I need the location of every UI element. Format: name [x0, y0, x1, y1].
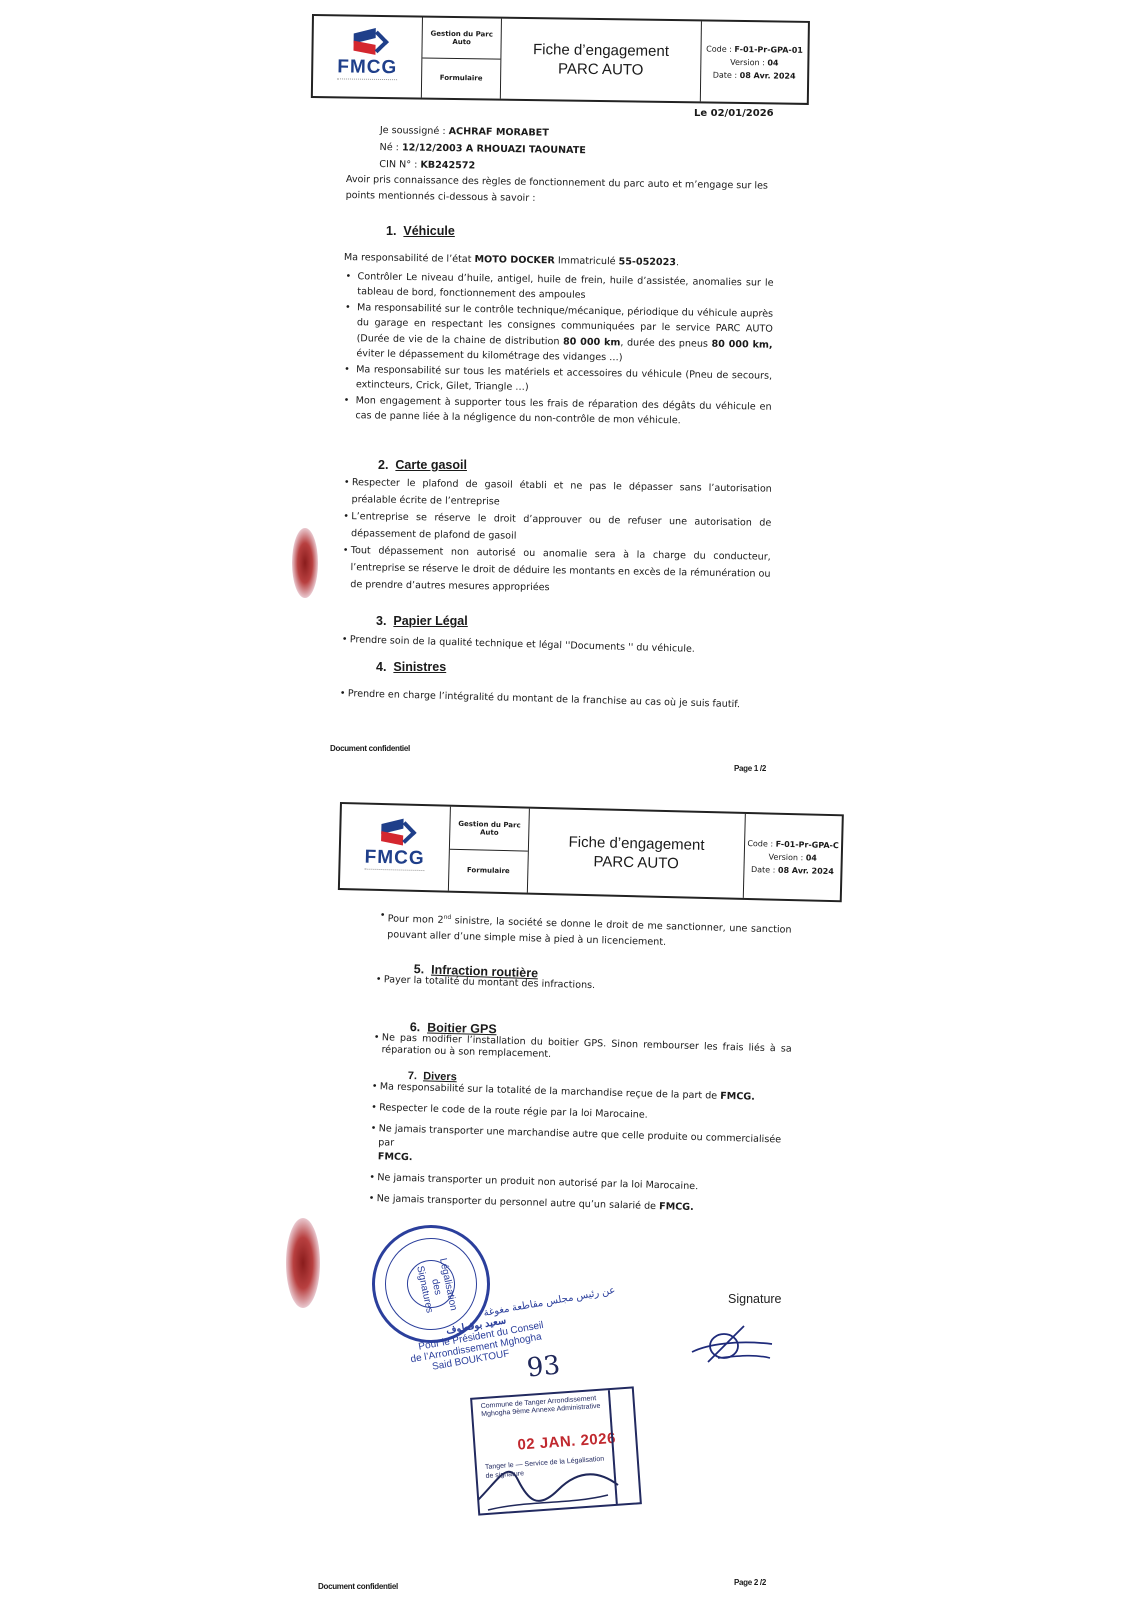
vehicle-plate: 55-052023 [619, 256, 677, 268]
section-3-heading: 3. Papier Légal [376, 614, 468, 628]
section-4-heading: 4. Sinistres [376, 660, 446, 674]
section-1-body: Ma responsabilité de l’état MOTO DOCKER … [341, 250, 774, 430]
cin-number: KB242572 [420, 160, 475, 172]
list-item: Tout dépassement non autorisé ou anomali… [342, 542, 771, 600]
list-item: Ma responsabilité sur le contrôle techni… [342, 299, 773, 368]
edge-smudge [286, 1218, 320, 1308]
document-header: FMCG Gestion du Parc Auto Formulaire Fic… [338, 802, 844, 902]
handwritten-number: 93 [526, 1350, 562, 1383]
section-7-body: Ma responsabilité sur la totalité de la … [368, 1080, 791, 1218]
identity-block: Je soussigné : ACHRAF MORABET Né : 12/12… [379, 122, 586, 176]
section-2-body: Respecter le plafond de gasoil établi et… [342, 474, 772, 600]
department-label: Gestion du Parc Auto [422, 18, 501, 60]
document-code-block: Code : F-01-Pr-GPA-01 Version : 04 Date … [701, 21, 808, 102]
list-item: Mon engagement à supporter tous les frai… [341, 392, 771, 430]
logo-arrow-icon [375, 821, 416, 848]
logo-text: FMCG [364, 847, 424, 870]
intro-paragraph: Avoir pris connaissance des règles de fo… [346, 172, 771, 210]
doc-type-label: Formulaire [449, 849, 528, 892]
list-item: Ne jamais transporter une marchandise au… [370, 1122, 791, 1176]
document-code-block: Code : F-01-Pr-GPA-C Version : 04 Date :… [744, 814, 842, 900]
section-1-heading: 1. Véhicule [386, 224, 455, 238]
document-header: FMCG Gestion du Parc Auto Formulaire Fic… [311, 14, 810, 105]
vehicle-model: MOTO DOCKER [474, 254, 554, 266]
undersigned-name: ACHRAF MORABET [449, 126, 549, 139]
employee-signature [688, 1318, 778, 1368]
section-4-body: Prendre en charge l’intégralité du monta… [340, 686, 760, 713]
page-number: Page 1 /2 [734, 764, 766, 773]
company-logo: FMCG [340, 804, 451, 891]
confidential-footer: Document confidentiel [318, 1582, 398, 1591]
page-1: FMCG Gestion du Parc Auto Formulaire Fic… [0, 0, 1131, 790]
section-3-body: Prendre soin de la qualité technique et … [342, 632, 762, 659]
document-title: Fiche d’engagement PARC AUTO [528, 809, 746, 898]
page-number: Page 2 /2 [734, 1578, 766, 1587]
stamp-signature-scribble [468, 1440, 628, 1520]
department-label: Gestion du Parc Auto [450, 807, 529, 851]
company-logo: FMCG [313, 16, 423, 98]
list-item: Prendre en charge l’intégralité du monta… [340, 686, 760, 713]
signature-label: Signature [728, 1292, 782, 1306]
logo-arrow-icon [347, 31, 387, 58]
document-title: Fiche d’engagement PARC AUTO [501, 19, 702, 102]
document-date: Le 02/01/2026 [694, 106, 774, 121]
section-2-heading: 2. Carte gasoil [378, 458, 467, 472]
confidential-footer: Document confidentiel [330, 744, 410, 753]
birth-info: 12/12/2003 A RHOUAZI TAOUNATE [402, 142, 586, 156]
edge-smudge [292, 528, 318, 598]
list-item: Prendre soin de la qualité technique et … [342, 632, 762, 659]
logo-text: FMCG [337, 56, 397, 79]
doc-type-label: Formulaire [422, 58, 501, 99]
